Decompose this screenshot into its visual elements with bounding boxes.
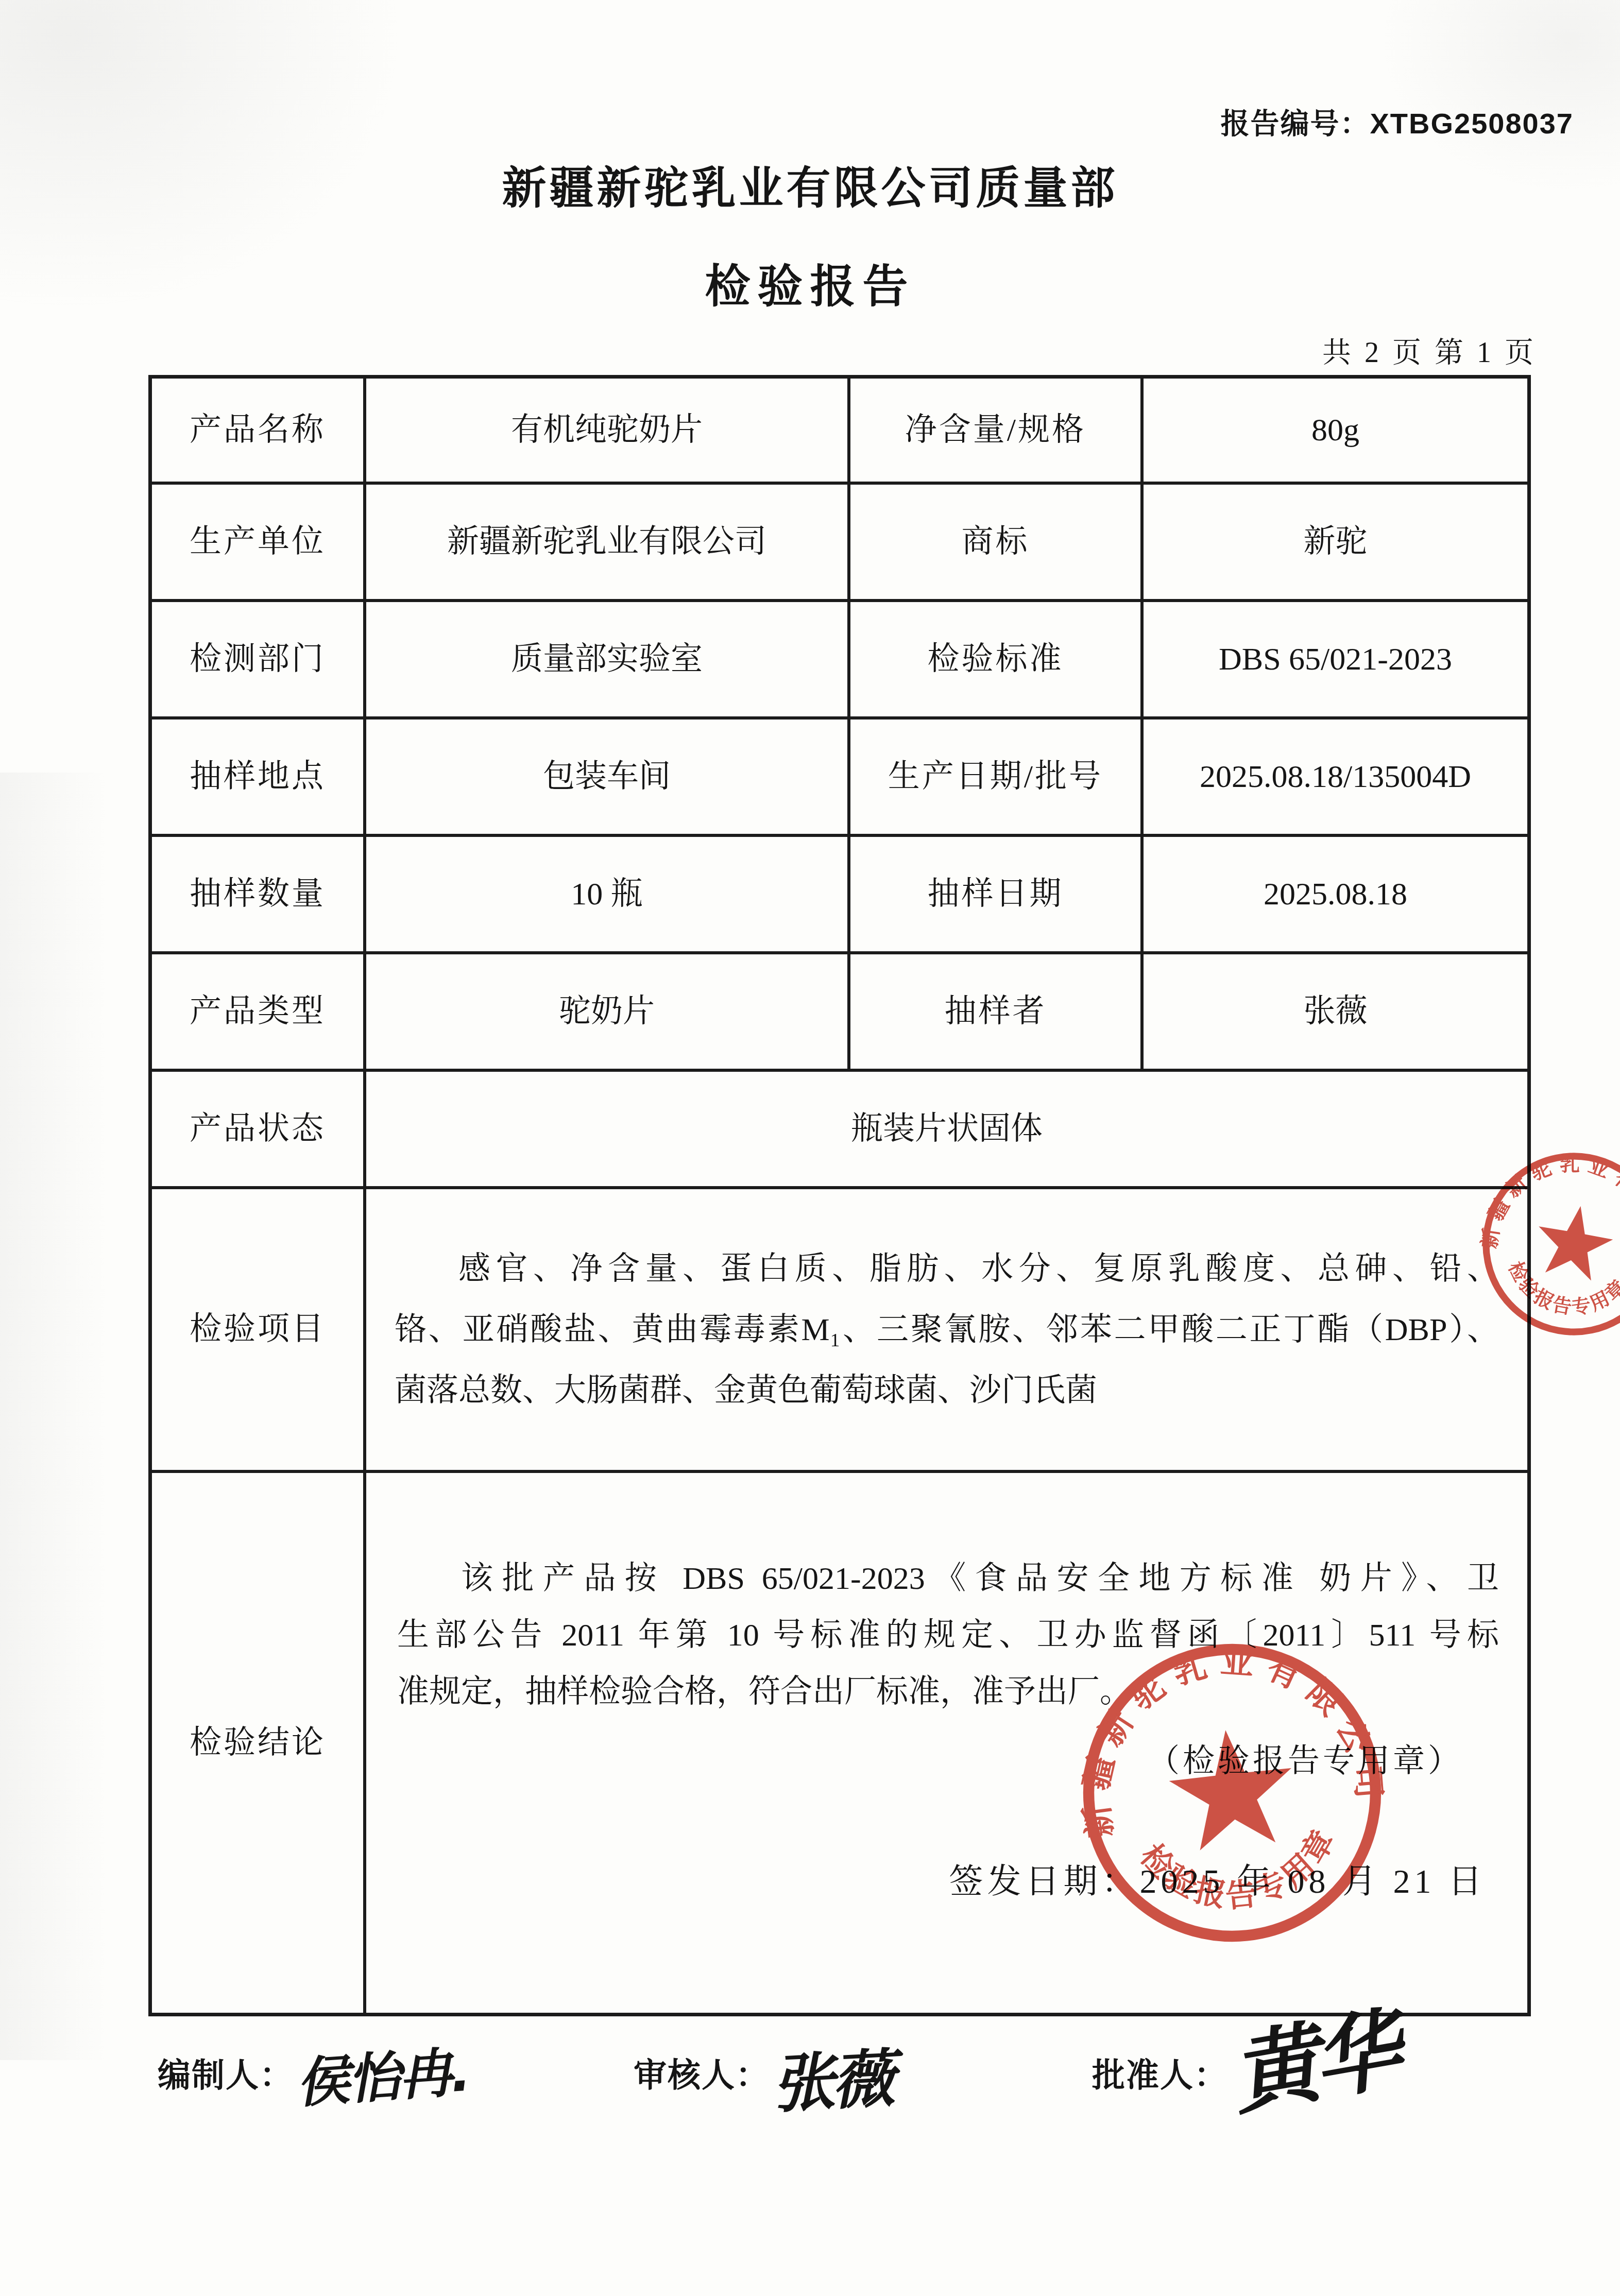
row-label-test-standard: 检验标准 [850, 602, 1140, 716]
scan-noise [0, 773, 155, 2060]
issue-date: 签发日期：2025 年 08 月 21 日 [397, 1860, 1499, 1904]
row-label-sampler: 抽样者 [850, 954, 1140, 1069]
row-value-sampler: 张薇 [1144, 954, 1527, 1069]
row-value-trademark: 新驼 [1144, 485, 1527, 599]
reviewed-by-group: 审核人： 张薇 [634, 2049, 891, 2139]
inspection-items-text: 感官、净含量、蛋白质、脂肪、水分、复原乳酸度、总砷、铅、 铬、亚硝酸盐、黄曲霉毒… [366, 1189, 1527, 1470]
row-value-product-type: 驼奶片 [366, 954, 847, 1069]
inspection-items-line-1: 感官、净含量、蛋白质、脂肪、水分、复原乳酸度、总砷、铅、 [395, 1239, 1499, 1299]
row-value-product-name: 有机纯驼奶片 [366, 379, 847, 482]
page-indicator: 共 2 页 第 1 页 [1322, 330, 1537, 371]
prepared-by-signature: 侯怡冉. [293, 2028, 471, 2117]
row-value-test-standard: DBS 65/021-2023 [1144, 602, 1527, 716]
scanned-page: 报告编号：XTBG2508037 新疆新驼乳业有限公司质量部 检验报告 共 2 … [0, 0, 1620, 2296]
report-number-value: XTBG2508037 [1370, 107, 1574, 140]
row-label-manufacturer: 生产单位 [152, 485, 363, 599]
row-value-sample-quantity: 10 瓶 [366, 837, 847, 951]
report-number: 报告编号：XTBG2508037 [1220, 101, 1574, 142]
row-label-product-status: 产品状态 [152, 1072, 363, 1186]
row-label-trademark: 商标 [850, 485, 1140, 599]
inspection-items-line-3: 菌落总数、大肠菌群、金黄色葡萄球菌、沙门氏菌 [395, 1360, 1499, 1421]
approved-by-label: 批准人： [1092, 2057, 1228, 2094]
row-value-production-date: 2025.08.18/135004D [1144, 719, 1527, 834]
inspection-table: 产品名称 有机纯驼奶片 净含量/规格 80g 生产单位 新疆新驼乳业有限公司 商… [148, 375, 1531, 2016]
row-value-product-status: 瓶装片状固体 [366, 1072, 1527, 1186]
conclusion-line-3: 准规定，抽样检验合格，符合出厂标准，准予出厂。 [397, 1664, 1499, 1720]
conclusion-line-2: 生部公告 2011 年第 10 号标准的规定、卫办监督函〔2011〕511 号标 [397, 1607, 1499, 1664]
row-value-manufacturer: 新疆新驼乳业有限公司 [366, 485, 847, 599]
reviewed-by-label: 审核人： [634, 2057, 770, 2094]
document-subtitle: 检验报告 [0, 250, 1620, 315]
prepared-by-group: 编制人： 侯怡冉. [158, 2049, 469, 2126]
row-label-inspection-items: 检验项目 [152, 1189, 363, 1470]
row-label-product-type: 产品类型 [152, 954, 363, 1069]
prepared-by-label: 编制人： [158, 2057, 294, 2094]
seal-note: （检验报告专用章） [397, 1741, 1499, 1783]
signature-row: 编制人： 侯怡冉. 审核人： 张薇 批准人： 黄华 [148, 2038, 1531, 2224]
row-label-sampling-place: 抽样地点 [152, 719, 363, 834]
approved-by-group: 批准人： 黄华 [1092, 2049, 1395, 2175]
row-label-net-content: 净含量/规格 [850, 379, 1140, 482]
row-value-sampling-date: 2025.08.18 [1144, 837, 1527, 951]
row-value-test-department: 质量部实验室 [366, 602, 847, 716]
row-value-sampling-place: 包装车间 [366, 719, 847, 834]
document-title: 新疆新驼乳业有限公司质量部 [0, 152, 1620, 216]
row-label-sampling-date: 抽样日期 [850, 837, 1140, 951]
report-number-label: 报告编号： [1220, 107, 1370, 140]
inspection-items-line-2: 铬、亚硝酸盐、黄曲霉毒素M₁、三聚氰胺、邻苯二甲酸二正丁酯（DBP）、 [395, 1299, 1499, 1360]
star-icon [1531, 1200, 1617, 1283]
conclusion-text: 该批产品按 DBS 65/021-2023《食品安全地方标准 奶片》、卫 生部公… [366, 1473, 1527, 2013]
row-label-sample-quantity: 抽样数量 [152, 837, 363, 951]
row-label-conclusion: 检验结论 [152, 1473, 363, 2013]
reviewed-by-signature: 张薇 [770, 2028, 894, 2124]
row-label-product-name: 产品名称 [152, 379, 363, 482]
row-label-production-date: 生产日期/批号 [850, 719, 1140, 834]
conclusion-line-1: 该批产品按 DBS 65/021-2023《食品安全地方标准 奶片》、卫 [397, 1550, 1499, 1607]
row-label-test-department: 检测部门 [152, 602, 363, 716]
row-value-net-content: 80g [1144, 379, 1527, 482]
